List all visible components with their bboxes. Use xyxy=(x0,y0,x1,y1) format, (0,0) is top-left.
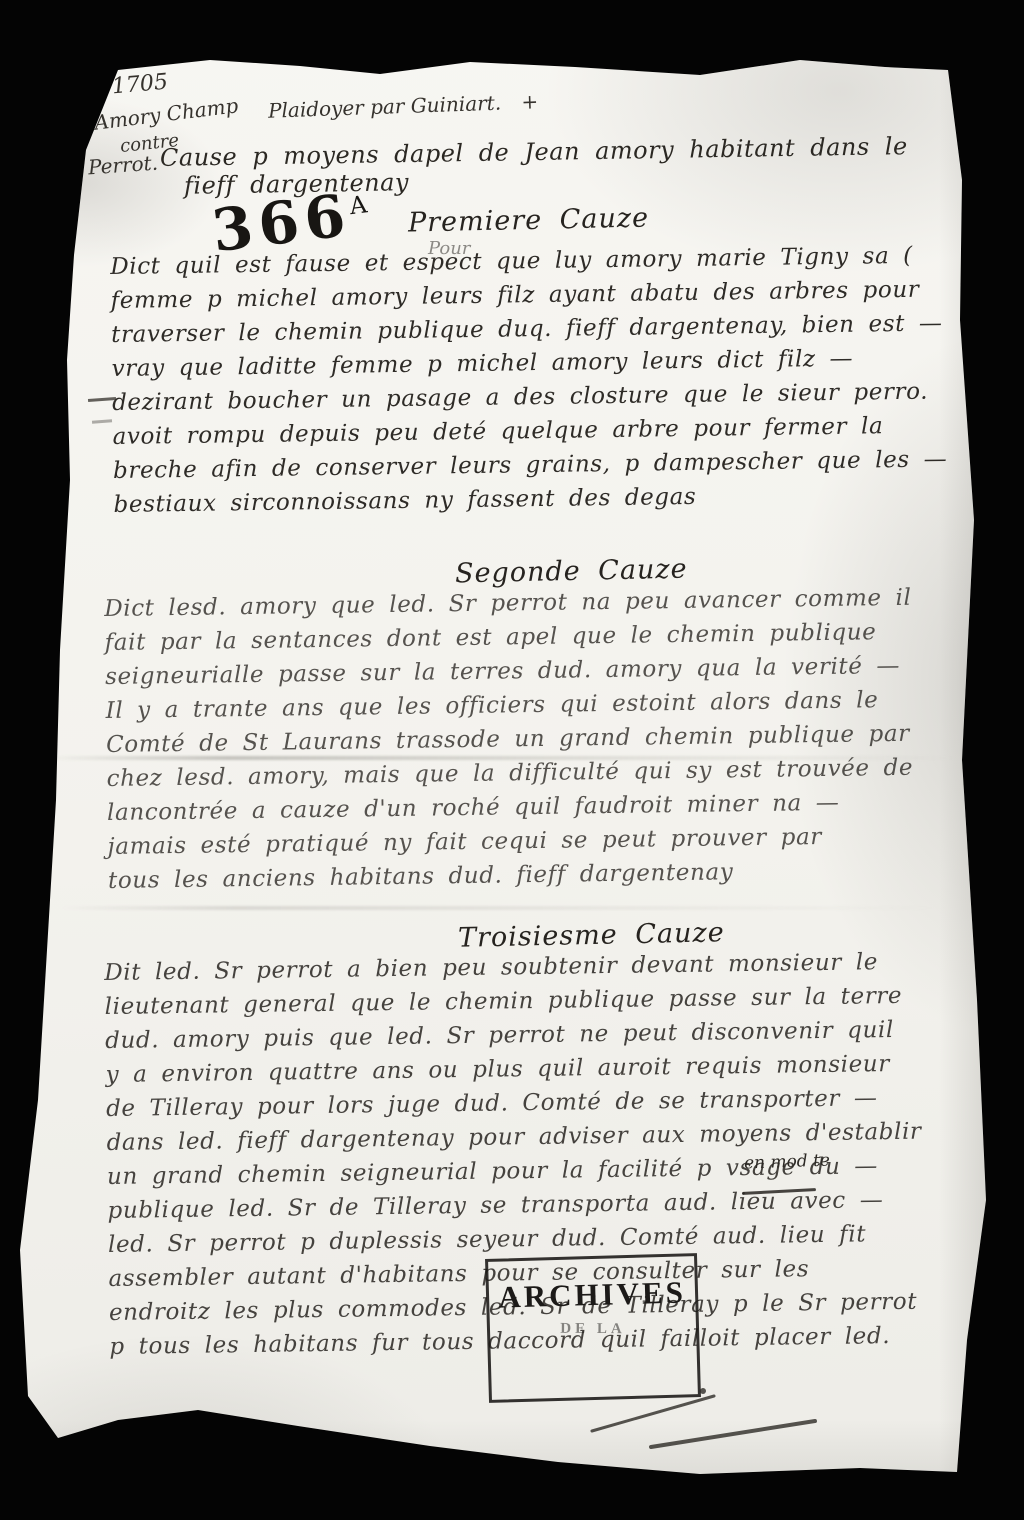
photograph-background: { "document": { "year": "1705", "case_no… xyxy=(0,0,1024,1520)
margin-year: 1705 xyxy=(111,70,169,100)
archives-stamp: ARCHIVES DE LA xyxy=(485,1253,701,1403)
plea-annotation-text: Plaidoyer par Guiniart. xyxy=(268,91,502,123)
ink-dot xyxy=(700,1388,706,1394)
margin-party-appellant: Amory Champ xyxy=(93,93,239,134)
cross-mark: + xyxy=(507,89,539,114)
margin-dash xyxy=(92,419,112,423)
page-crease xyxy=(60,906,940,910)
paragraph-premiere-cauze: Dict quil est fause et espect que luy am… xyxy=(110,238,948,522)
section-heading-premiere: Premiere Cauze xyxy=(408,202,650,238)
interline-correction: en mod te xyxy=(744,1151,831,1174)
document-title-line1: Cause p moyens dapel de Jean amory habit… xyxy=(160,132,908,172)
pen-scratch xyxy=(649,1419,818,1450)
paragraph-segonde-cauze: Dict lesd. amory que led. Sr perrot na p… xyxy=(104,581,915,898)
archives-stamp-subtitle: DE LA xyxy=(490,1320,696,1338)
folio-letter: A xyxy=(348,190,369,220)
plea-annotation: Plaidoyer par Guiniart. + xyxy=(268,89,539,122)
pen-scratch xyxy=(590,1394,716,1433)
archives-stamp-title: ARCHIVES xyxy=(489,1274,696,1316)
margin-party-respondent: Perrot. xyxy=(87,151,158,180)
manuscript-page: 1705 Amory Champ contre Perrot. Plaidoye… xyxy=(0,0,1024,1520)
